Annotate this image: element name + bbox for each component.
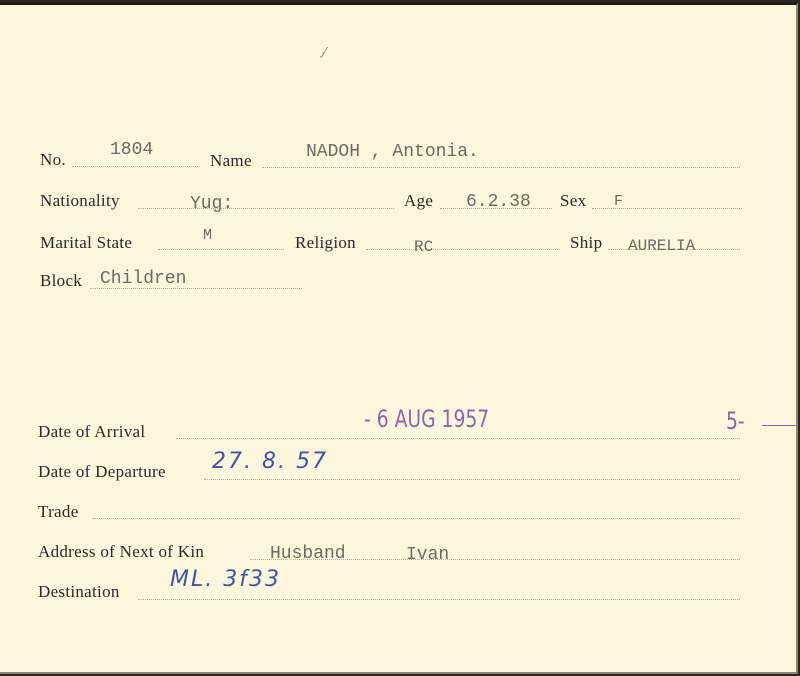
next-of-kin-label: Address of Next of Kin	[38, 542, 204, 562]
destination-label: Destination	[38, 582, 120, 602]
trade-dotted-line	[92, 518, 740, 519]
religion-value: RC	[414, 238, 433, 256]
nationality-dotted-line	[138, 208, 394, 209]
next-of-kin-name: Ivan	[406, 545, 449, 565]
name-value: NADOH , Antonia.	[306, 142, 479, 162]
next-of-kin-relation: Husband	[270, 544, 346, 564]
religion-label: Religion	[295, 233, 356, 253]
stray-mark: ٫⁄	[320, 45, 326, 59]
religion-dotted-line	[366, 249, 560, 250]
date-of-departure-dotted-line	[204, 479, 740, 480]
ship-value: AURELIA	[628, 237, 695, 255]
name-dotted-line	[262, 167, 740, 168]
no-value: 1804	[110, 140, 153, 160]
sex-value: F	[614, 193, 623, 210]
marital-state-value: M	[203, 227, 212, 244]
arrival-date-stamp: - 6 AUG 1957	[364, 405, 489, 433]
trade-label: Trade	[38, 502, 79, 522]
marital-state-dotted-line	[158, 249, 284, 250]
ship-label: Ship	[570, 233, 602, 253]
block-value: Children	[100, 269, 186, 289]
nationality-label: Nationality	[40, 191, 120, 211]
date-of-arrival-dotted-line	[176, 438, 740, 439]
margin-note-stamp: 5-	[726, 407, 745, 435]
name-label: Name	[210, 151, 252, 171]
date-of-departure-label: Date of Departure	[38, 462, 166, 482]
marital-state-label: Marital State	[40, 233, 132, 253]
record-card: ٫⁄ No. 1804 Name NADOH , Antonia. Nation…	[0, 3, 798, 674]
no-label: No.	[40, 150, 66, 170]
date-of-arrival-label: Date of Arrival	[38, 422, 145, 442]
destination-value: ML. 3f33	[170, 567, 281, 592]
age-label: Age	[404, 191, 433, 211]
block-label: Block	[40, 271, 82, 291]
nationality-value: Yug:	[190, 194, 233, 214]
sex-label: Sex	[560, 191, 586, 211]
no-dotted-line	[72, 166, 200, 167]
date-of-departure-value: 27. 8. 57	[212, 449, 328, 474]
age-value: 6.2.38	[466, 192, 531, 212]
destination-dotted-line	[138, 599, 740, 600]
margin-note-line	[762, 425, 798, 426]
